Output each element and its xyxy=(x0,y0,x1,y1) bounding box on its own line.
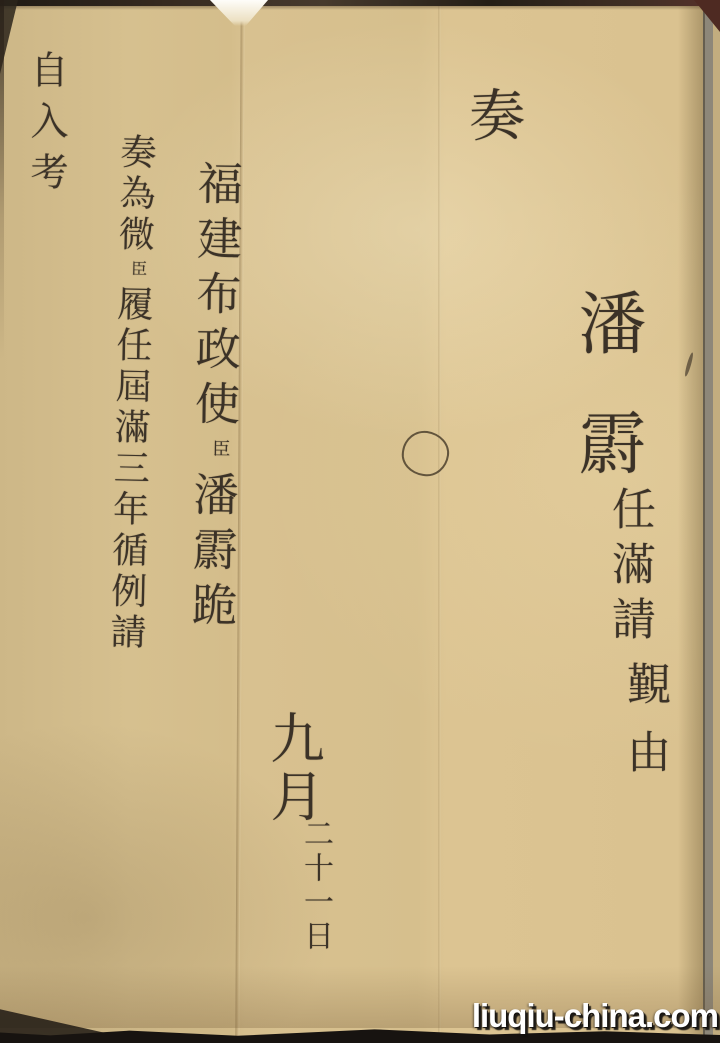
subject-text-2: 覲 xyxy=(619,661,670,719)
document-photo: 奏 潘霨 任滿請覲由 九月 二十一日 自入考 福建布政使臣潘霨跪 奏為微臣履任屆… xyxy=(0,0,720,1043)
category-mark-zou: 奏 xyxy=(451,85,533,144)
ink-circle-mark xyxy=(399,428,452,479)
memorial-body: 履任屆滿三年循例請 xyxy=(105,285,154,655)
archival-corner-note: 自入考 xyxy=(19,50,74,203)
left-photo-edge xyxy=(0,0,4,360)
subject-text-3: 由 xyxy=(619,729,670,787)
small-chen-char-2: 臣 xyxy=(128,260,147,281)
top-edge-shadow xyxy=(0,6,720,10)
memorial-column-subject-line: 奏為微臣履任屆滿三年循例請 xyxy=(100,133,162,655)
memorial-opening: 奏為微 xyxy=(113,133,157,257)
faint-crease xyxy=(438,0,441,1043)
date-day: 二十一日 xyxy=(293,818,337,954)
office-title: 福建布政使 xyxy=(186,160,243,436)
official-signature: 潘霨跪 xyxy=(184,471,239,637)
date-month: 九月 xyxy=(255,710,332,826)
subject-column: 任滿請覲由 xyxy=(597,486,661,787)
right-edge-sliver xyxy=(713,0,720,1043)
small-chen-char-1: 臣 xyxy=(209,439,230,467)
memorial-column-office-name: 福建布政使臣潘霨跪 xyxy=(178,160,250,637)
subject-text-1: 任滿請 xyxy=(604,486,655,651)
site-watermark: liuqiu-china.com xyxy=(472,997,718,1035)
fold-highlight-notch xyxy=(206,0,272,26)
page-edge-shadow xyxy=(678,0,704,1043)
